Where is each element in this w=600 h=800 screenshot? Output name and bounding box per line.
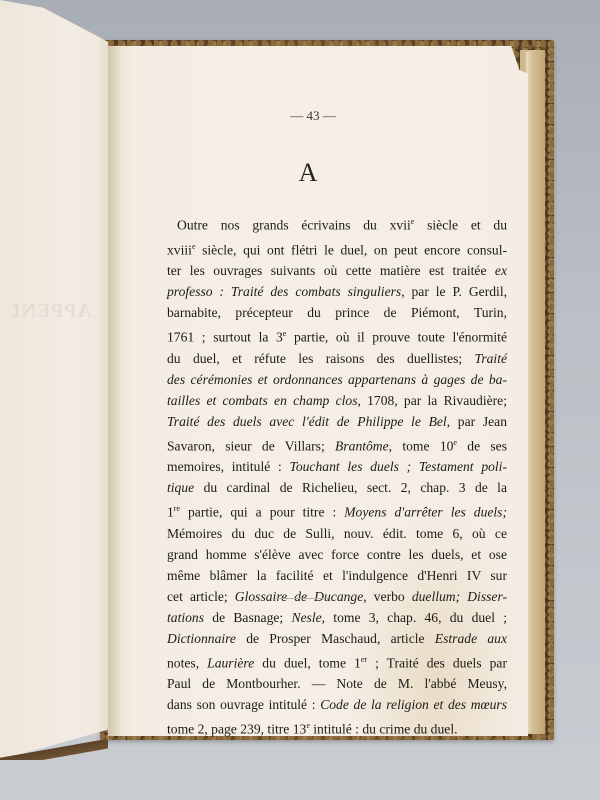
spine-shadow — [108, 46, 122, 736]
text-run: partie, où il prouve toute l'énormité — [286, 330, 507, 345]
italic-title: Brantôme — [335, 438, 389, 453]
text-line: tailles et combats en champ clos, 1708, … — [167, 390, 507, 411]
text-run: , verbo — [363, 589, 412, 604]
italic-title: ex — [495, 263, 507, 278]
text-run: Paul de Montbourher. — Note de M. l'abbé… — [167, 676, 507, 691]
italic-title: duellum; Disser- — [412, 589, 507, 604]
text-run: , par Jean — [447, 414, 507, 429]
italic-title: Code de la religion et des mœurs — [320, 697, 507, 712]
text-line: des cérémonies et ordonnances appartenan… — [167, 369, 507, 390]
italic-title: Nesle — [291, 610, 321, 625]
text-line: Traité des duels avec l'édit de Philippe… — [167, 411, 507, 432]
text-line: Outre nos grands écrivains du xviie sièc… — [167, 211, 507, 236]
text-run: du duel, et réfute les raisons des duell… — [167, 351, 475, 366]
body-paragraph: Outre nos grands écrivains du xviie sièc… — [167, 211, 507, 740]
text-line: Dictionnaire de Prosper Maschaud, articl… — [167, 628, 507, 649]
italic-title: professo : Traité des combats singuliers — [167, 284, 401, 299]
italic-title: Traité — [475, 351, 507, 366]
text-line: 1761 ; surtout la 3e partie, où il prouv… — [167, 323, 507, 348]
text-run: 1761 ; surtout la 3 — [167, 330, 283, 345]
text-line: du duel, et réfute les raisons des duell… — [167, 348, 507, 369]
text-run: de ses — [457, 438, 507, 453]
text-run: cet article; — [167, 589, 235, 604]
text-line: xviiie siècle, qui ont flétri le duel, o… — [167, 236, 507, 261]
text-line: professo : Traité des combats singuliers… — [167, 281, 507, 302]
text-run: siècle et du — [414, 218, 507, 233]
text-run: tome 2, page 239, titre 13 — [167, 722, 306, 737]
text-run: dans son ouvrage intitulé : — [167, 697, 320, 712]
italic-title: des cérémonies et ordonnances appartenan… — [167, 372, 507, 387]
text-run: 1 — [167, 505, 174, 520]
text-run: , tome 3, chap. 46, du duel ; — [322, 610, 507, 625]
text-run: de Basnage; — [204, 610, 291, 625]
text-line: barnabite, précepteur du prince de Piémo… — [167, 302, 507, 323]
text-run: ter les ouvrages suivants où cette matiè… — [167, 263, 495, 278]
left-page: APPENDICE — [0, 0, 108, 760]
section-heading: A — [288, 158, 328, 188]
text-run: partie, qui a pour titre : — [180, 505, 344, 520]
text-run: memoires, intitulé : — [167, 459, 290, 474]
text-line: 1re partie, qui a pour titre : Moyens d'… — [167, 498, 507, 523]
text-run: même blâmer la facilité et l'indulgence … — [167, 568, 507, 583]
text-run: xviii — [167, 242, 192, 257]
left-cover-edge — [0, 740, 108, 760]
text-run: , tome 10 — [389, 438, 454, 453]
italic-title: Traité des duels avec l'édit de Philippe… — [167, 414, 447, 429]
text-run: notes, — [167, 655, 207, 670]
text-line: Savaron, sieur de Villars; Brantôme, tom… — [167, 432, 507, 457]
italic-title: tailles et combats en champ clos — [167, 393, 357, 408]
text-run: Savaron, sieur de Villars; — [167, 438, 335, 453]
page-number: — 43 — — [268, 108, 358, 124]
text-run: grand homme s'élève avec force contre le… — [167, 547, 507, 562]
italic-title: Estrade aux — [435, 631, 507, 646]
text-run: siècle, qui ont flétri le duel, on peut … — [196, 242, 508, 257]
text-run: Mémoires du duc de Sulli, nouv. édit. to… — [167, 526, 507, 541]
ornamental-rule — [276, 598, 328, 599]
text-line: tations de Basnage; Nesle, tome 3, chap.… — [167, 607, 507, 628]
text-line: grand homme s'élève avec force contre le… — [167, 544, 507, 565]
text-run: du cardinal de Richelieu, sect. 2, chap.… — [194, 480, 507, 495]
text-run: , par le P. Gerdil, — [401, 284, 507, 299]
italic-title: Touchant les duels ; Testament poli- — [290, 459, 507, 474]
text-line: notes, Laurière du duel, tome 1er ; Trai… — [167, 649, 507, 674]
left-page-show-through: APPENDICE — [12, 300, 92, 322]
text-run: intitulé : du crime du duel. — [310, 722, 458, 737]
text-line: dans son ouvrage intitulé : Code de la r… — [167, 694, 507, 715]
text-run: , 1708, par la Rivaudière; — [357, 393, 507, 408]
text-run: de Prosper Maschaud, article — [236, 631, 435, 646]
italic-title: Dictionnaire — [167, 631, 236, 646]
text-line: ter les ouvrages suivants où cette matiè… — [167, 260, 507, 281]
text-line: Paul de Montbourher. — Note de M. l'abbé… — [167, 673, 507, 694]
italic-title: Glossaire de Ducange — [235, 589, 363, 604]
text-line: tome 2, page 239, titre 13e intitulé : d… — [167, 715, 507, 740]
text-line: memoires, intitulé : Touchant les duels … — [167, 456, 507, 477]
text-line: tique du cardinal de Richelieu, sect. 2,… — [167, 477, 507, 498]
text-run: Outre nos grands écrivains du xvii — [177, 218, 411, 233]
text-run: ; Traité des duels par — [367, 655, 507, 670]
italic-title: tique — [167, 480, 194, 495]
italic-title: tations — [167, 610, 204, 625]
text-run: barnabite, précepteur du prince de Piémo… — [167, 305, 507, 320]
italic-title: Laurière — [207, 655, 254, 670]
text-line: même blâmer la facilité et l'indulgence … — [167, 565, 507, 586]
italic-title: Moyens d'arrêter les duels; — [344, 505, 507, 520]
text-line: Mémoires du duc de Sulli, nouv. édit. to… — [167, 523, 507, 544]
text-run: du duel, tome 1 — [254, 655, 361, 670]
text-line: cet article; Glossaire de Ducange, verbo… — [167, 586, 507, 607]
